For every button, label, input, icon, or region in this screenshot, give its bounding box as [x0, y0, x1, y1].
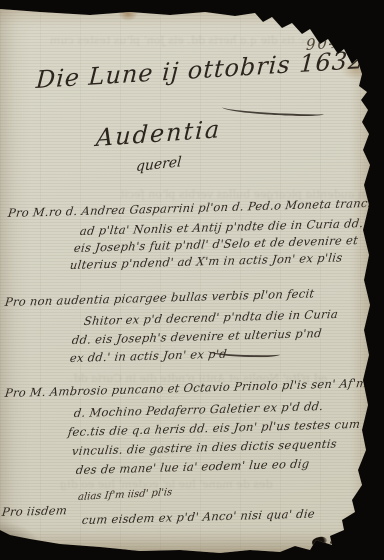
manuscript-line: Shitor ex p'd decrend' p'ndta die in Cur…: [83, 307, 339, 328]
manuscript-line: ex dd.' in actis Jon' ex p'd: [69, 347, 228, 365]
section-subtitle: querel: [135, 154, 182, 175]
manuscript-page: fec.tis die q.a heris dd. eis Jon' pl'us…: [0, 0, 384, 560]
manuscript-line: dd. eis Joseph's devenire et ulterius p'…: [71, 326, 322, 347]
manuscript-line: Pro non audentia picargee bullas verbis …: [4, 286, 315, 309]
ink-blot: [311, 536, 327, 547]
manuscript-line: cum eisdem ex p'd' Anco' nisi qua' die: [81, 506, 316, 527]
ink-blot-dot: [330, 541, 334, 544]
manuscript-line: vinculis. die gastire in dies dictis seq…: [71, 437, 338, 458]
heading-flourish: [222, 102, 324, 117]
manuscript-line: d. Mochino Pedaferro Galetier ex p'd dd.: [73, 399, 324, 420]
date-heading: Die Lune ij ottobris 1632: [35, 46, 365, 94]
show-through-text: fec.tis die q.a heris dd. eis Jon' pl'us…: [49, 34, 316, 47]
manuscript-line: des de mane' lue ia' eodem' lue eo dig: [75, 456, 310, 477]
manuscript-line: Pro iisdem: [1, 503, 68, 519]
manuscript-line: fec.tis die q.a heris dd. eis Jon' pl'us…: [67, 417, 361, 439]
section-title: Audentia: [95, 115, 222, 152]
